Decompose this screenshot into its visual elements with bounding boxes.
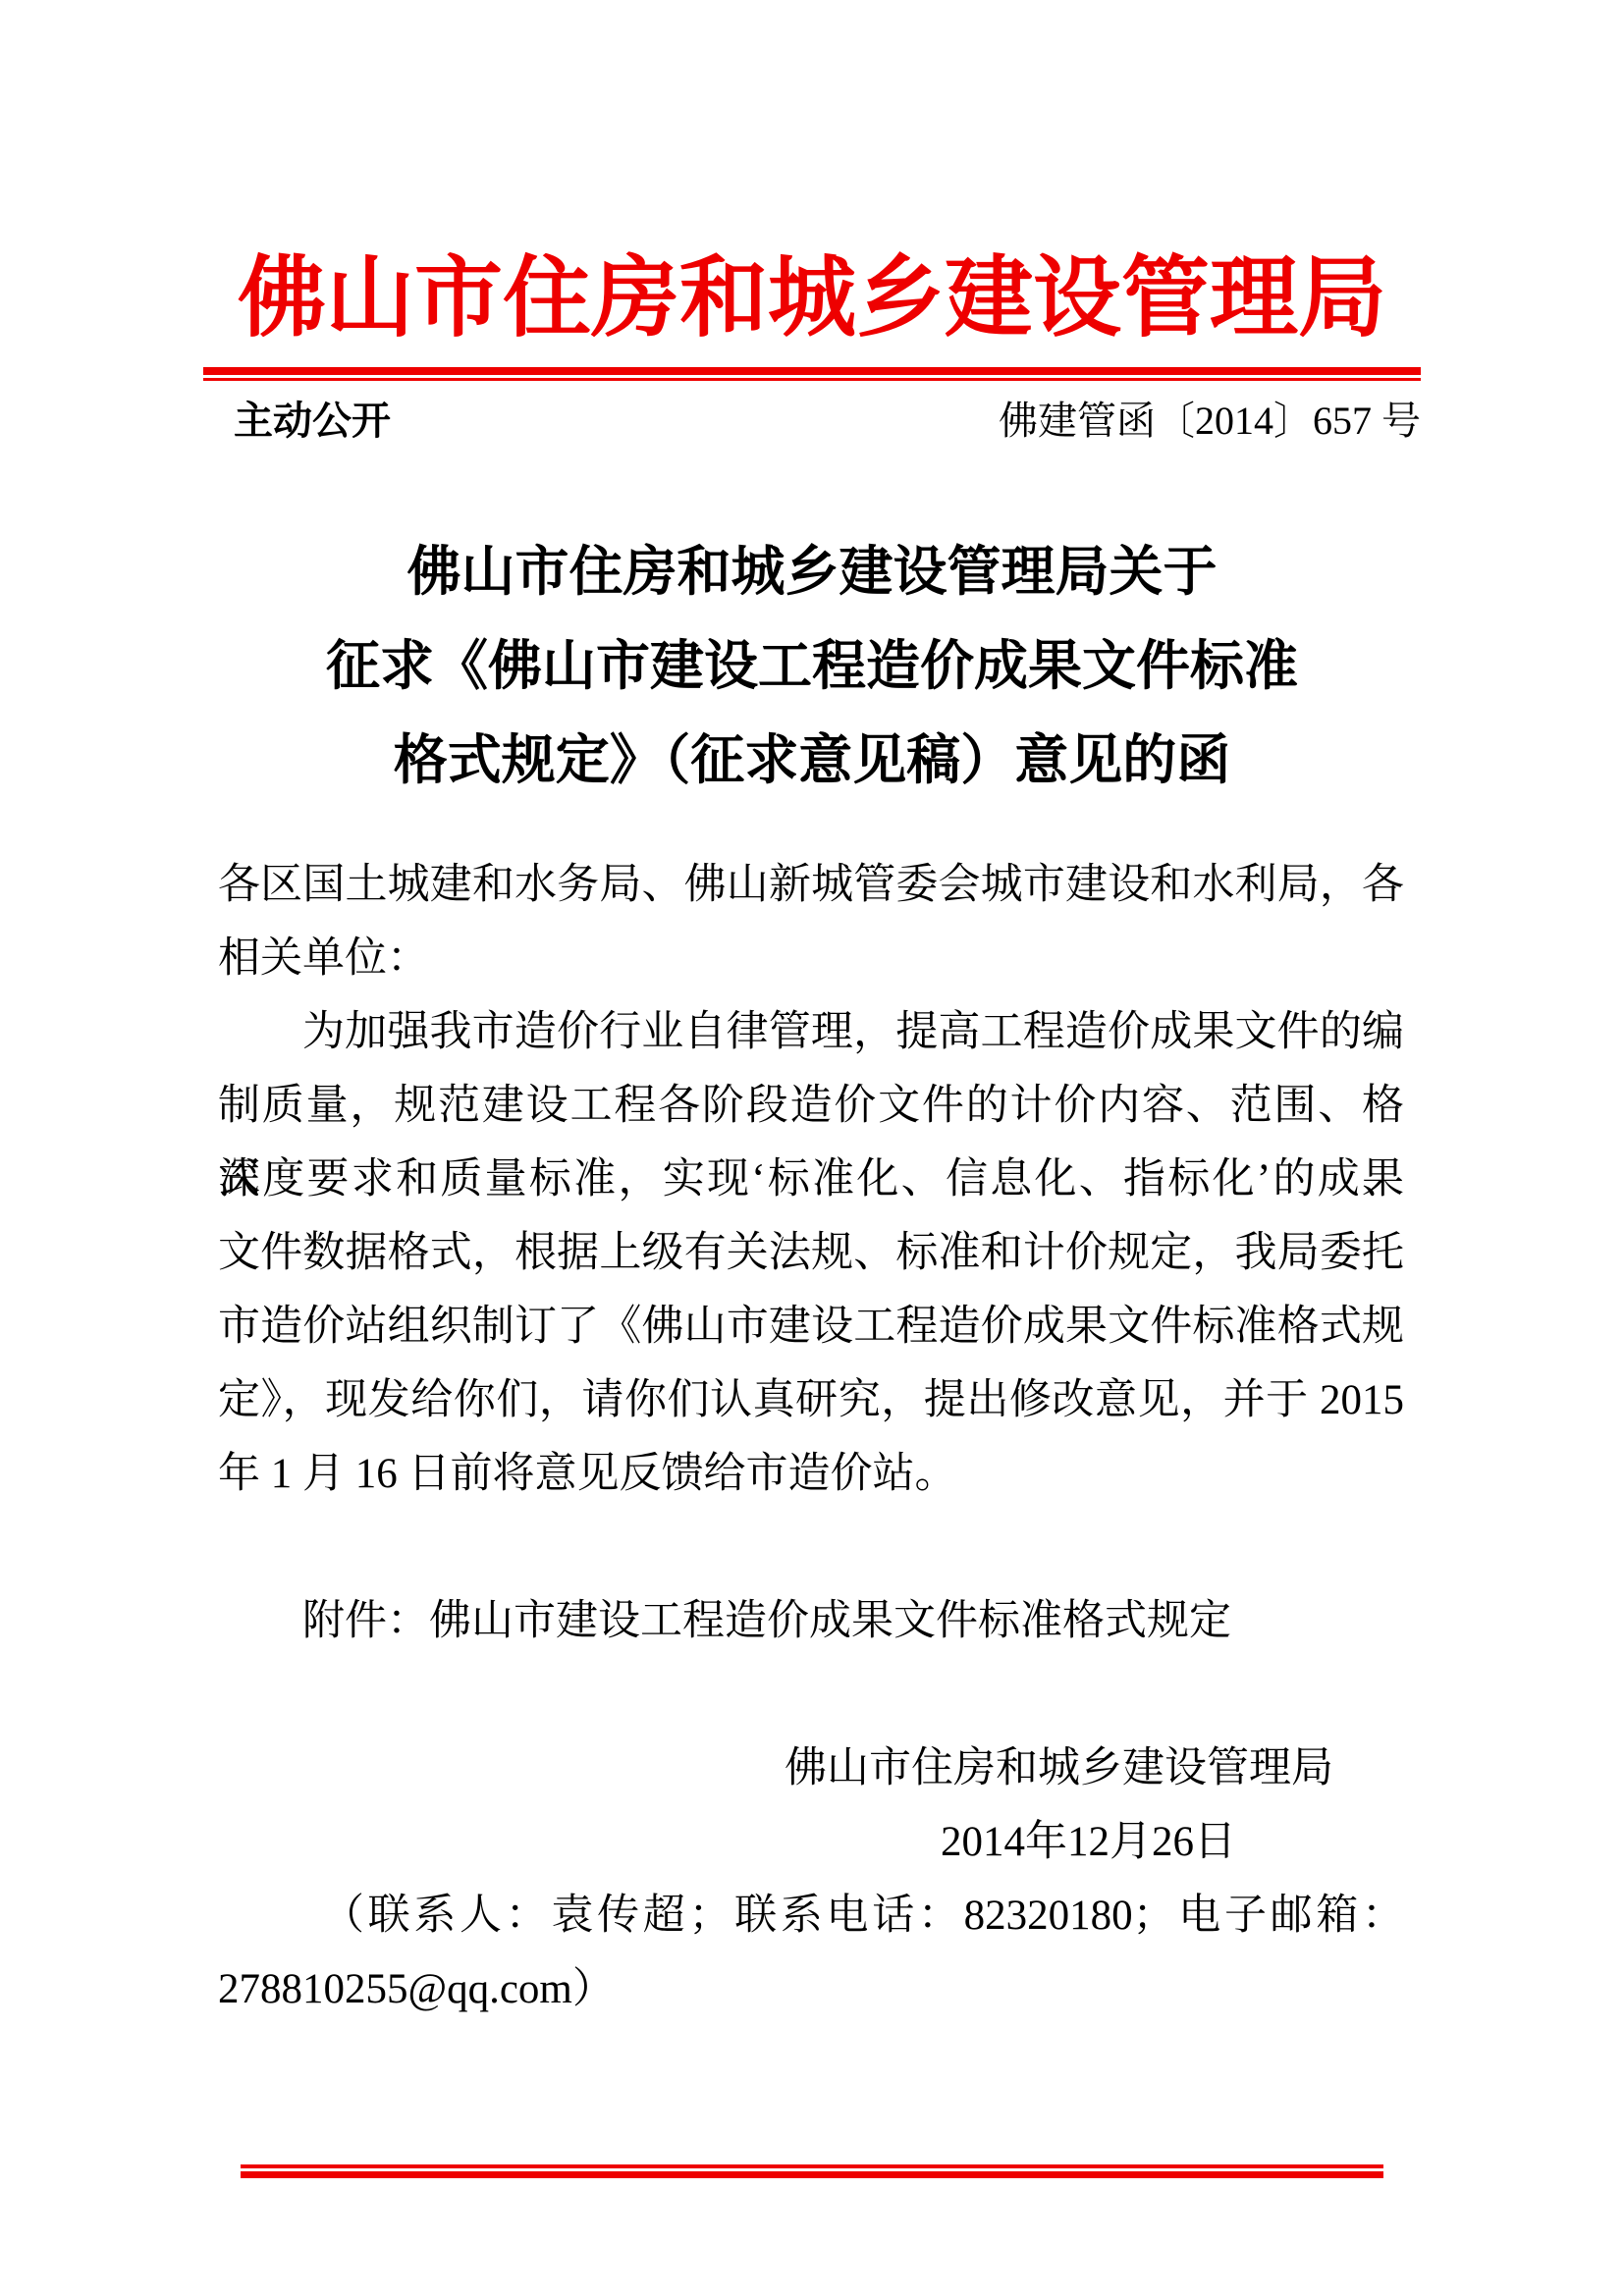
body-line: 市造价站组织制订了《佛山市建设工程造价成果文件标准格式规 <box>218 1290 1404 1363</box>
red-letterhead-title: 佛山市住房和城乡建设管理局 <box>0 253 1624 346</box>
body-line: 文件数据格式，根据上级有关法规、标准和计价规定，我局委托 <box>218 1216 1404 1290</box>
document-page: 佛山市住房和城乡建设管理局 主动公开 佛建管函〔2014〕657 号 佛山市住房… <box>0 0 1624 2296</box>
document-title-line-3: 格式规定》（征求意见稿）意见的函 <box>0 714 1624 808</box>
body-line: 制质量，规范建设工程各阶段造价文件的计价内容、范围、格式、 <box>218 1069 1404 1143</box>
body-line: 为加强我市造价行业自律管理，提高工程造价成果文件的编 <box>218 995 1404 1069</box>
document-title-line-1: 佛山市住房和城乡建设管理局关于 <box>0 525 1624 619</box>
body-line: 各区国土城建和水务局、佛山新城管委会城市建设和水利局，各 <box>218 848 1404 922</box>
body-line: 定》，现发给你们，请你们认真研究，提出修改意见，并于 2015 <box>218 1363 1404 1437</box>
contact-info-line-2: 278810255@qq.com） <box>218 1952 1404 2026</box>
letterhead-separator-rule <box>203 367 1421 381</box>
contact-info-line-1: （联系人：袁传超；联系电话：82320180；电子邮箱： <box>218 1879 1404 1952</box>
signature-date: 2014年12月26日 <box>218 1805 1404 1879</box>
document-number: 佛建管函〔2014〕657 号 <box>999 390 1421 446</box>
document-body: 各区国土城建和水务局、佛山新城管委会城市建设和水利局，各 相关单位： 为加强我市… <box>218 848 1404 2026</box>
document-info-row: 主动公开 佛建管函〔2014〕657 号 <box>203 393 1421 442</box>
body-line: 深度要求和质量标准，实现‘标准化、信息化、指标化’的成果 <box>218 1143 1404 1216</box>
document-title: 佛山市住房和城乡建设管理局关于 征求《佛山市建设工程造价成果文件标准 格式规定》… <box>0 525 1624 808</box>
body-line: 相关单位： <box>218 922 1404 995</box>
signature-agency: 佛山市住房和城乡建设管理局 <box>218 1732 1404 1805</box>
blank-line <box>218 1511 1404 1584</box>
body-line: 年 1 月 16 日前将意见反馈给市造价站。 <box>218 1437 1404 1511</box>
footer-separator-rule <box>241 2164 1383 2178</box>
document-title-line-2: 征求《佛山市建设工程造价成果文件标准 <box>0 619 1624 714</box>
disclosure-label: 主动公开 <box>234 390 391 446</box>
blank-line <box>218 1658 1404 1732</box>
attachment-line: 附件：佛山市建设工程造价成果文件标准格式规定 <box>218 1584 1404 1658</box>
